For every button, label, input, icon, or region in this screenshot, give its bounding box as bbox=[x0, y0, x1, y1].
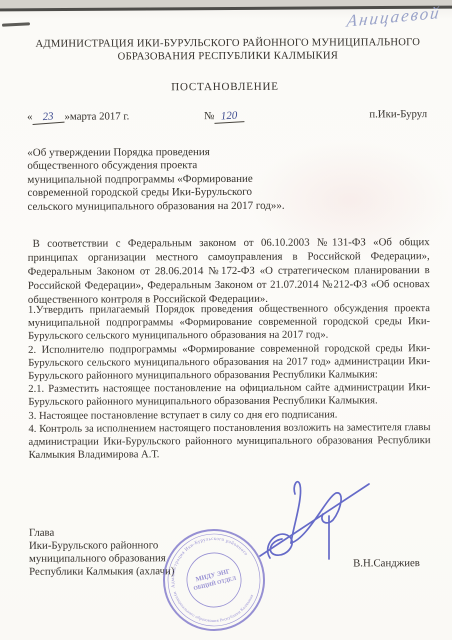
handwritten-number: 120 bbox=[214, 109, 245, 124]
signature-position: Глава Ики-Бурульского районного муниципа… bbox=[29, 526, 175, 579]
title-block: «Об утверждении Порядка проведения общес… bbox=[27, 146, 284, 214]
org-name-line1: АДМИНИСТРАЦИЯ ИКИ-БУРУЛЬСКОГО РАЙОННОГО … bbox=[27, 36, 429, 51]
document-type-title: ПОСТАНОВЛЕНИЕ bbox=[0, 80, 451, 94]
document-date: «23»марта 2017 г. bbox=[27, 109, 129, 122]
signature-position-line: муниципального образования bbox=[29, 552, 174, 566]
handwritten-note: Аницаевой bbox=[345, 3, 441, 32]
document-page: Аницаевой АДМИНИСТРАЦИЯ ИКИ-БУРУЛЬСКОГО … bbox=[0, 0, 452, 640]
meta-line: «23»марта 2017 г. №120 п.Ики-Бурул bbox=[27, 108, 427, 132]
title-line: общественного обсуждения проекта bbox=[27, 159, 284, 174]
date-suffix: »марта 2017 г. bbox=[64, 110, 129, 122]
signature-position-line: Глава bbox=[29, 526, 174, 540]
resolution-items: 1.Утвердить прилагаемый Порядок проведен… bbox=[28, 302, 431, 462]
title-line: «Об утверждении Порядка проведения bbox=[27, 146, 284, 161]
title-line: современной городской среды Ики-Бурульск… bbox=[27, 186, 284, 201]
document-number: №120 bbox=[204, 109, 244, 122]
item-1: 1.Утвердить прилагаемый Порядок проведен… bbox=[28, 302, 430, 343]
title-line: сельского муниципального образования на … bbox=[27, 199, 284, 214]
org-name-line2: ОБРАЗОВАНИЯ РЕСПУБЛИКИ КАЛМЫКИЯ bbox=[27, 49, 429, 64]
signature-position-line: Республики Калмыкия (ахлачи) bbox=[29, 566, 174, 580]
title-line: муниципальной подпрограммы «Формирование bbox=[27, 173, 284, 188]
org-name: АДМИНИСТРАЦИЯ ИКИ-БУРУЛЬСКОГО РАЙОННОГО … bbox=[27, 36, 429, 64]
round-stamp: Администрация Ики-Бурульского районного … bbox=[158, 524, 270, 636]
document-place: п.Ики-Бурул bbox=[369, 108, 427, 120]
item-2: 2. Исполнителю подпрограммы «Формировани… bbox=[28, 342, 430, 383]
intro-paragraph: В соответствии с Федеральным законом от … bbox=[28, 235, 430, 307]
signature-position-line: Ики-Бурульского районного bbox=[29, 539, 174, 553]
item-4: 4. Контроль за исполнением настоящего по… bbox=[28, 421, 430, 462]
handwritten-day: 23 bbox=[32, 110, 65, 125]
item-2-1: 2.1. Разместить настоящее постановление … bbox=[28, 381, 430, 409]
